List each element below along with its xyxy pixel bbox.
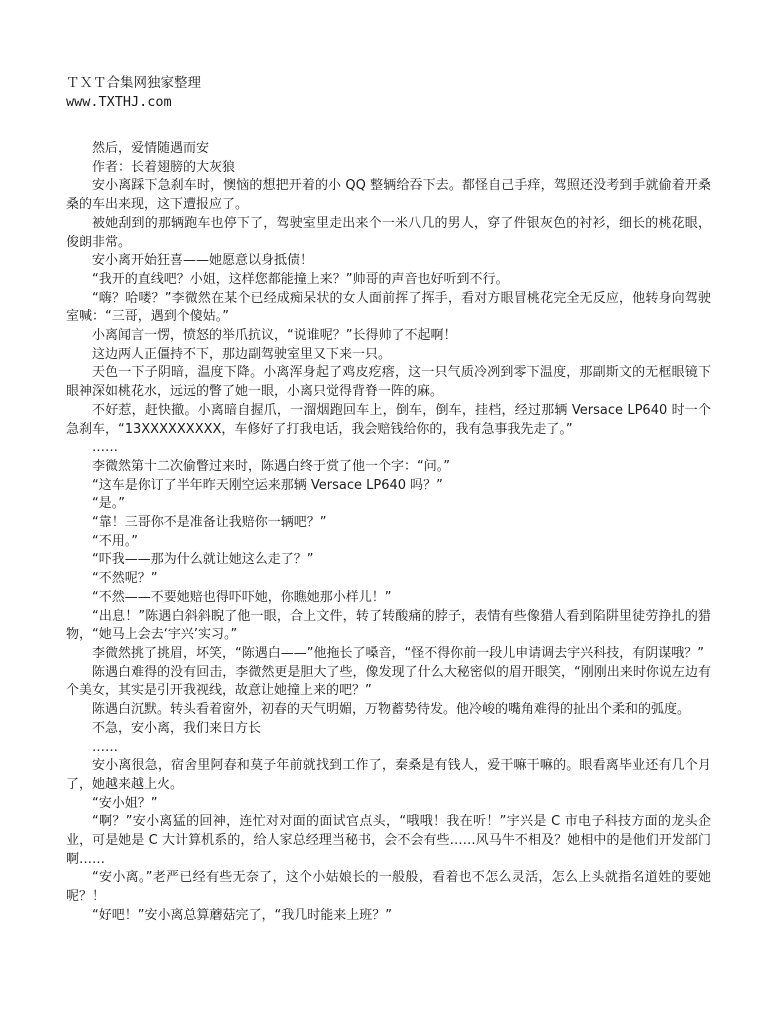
paragraph: “是。” [66,495,711,514]
paragraph: “靠！三哥你不是准备让我赔你一辆吧？” [66,514,711,533]
paragraph: 不好惹，赶快撤。小离暗自握爪，一溜烟跑回车上，倒车，倒车，挂档，经过那辆 Ver… [66,402,711,439]
paragraph: 陈遇白难得的没有回击，李微然更是胆大了些，像发现了什么大秘密似的眉开眼笑，“刚刚… [66,664,711,701]
paragraph: 安小离踩下急刹车时，懊恼的想把开着的小 QQ 整辆给吞下去。都怪自己手痒，驾照还… [66,177,711,214]
paragraph: “不然呢？” [66,570,711,589]
paragraph: “吓我——那为什么就让她这么走了？” [66,551,711,570]
body-text: 安小离踩下急刹车时，懊恼的想把开着的小 QQ 整辆给吞下去。都怪自己手痒，驾照还… [66,177,711,925]
paragraph: 安小离开始狂喜——她愿意以身抵债！ [66,252,711,271]
paragraph: …… [66,739,711,758]
paragraph: “好吧！”安小离总算蘑菇完了，“我几时能来上班？” [66,907,711,926]
paragraph: 不急，安小离，我们来日方长 [66,720,711,739]
paragraph: “安小姐？” [66,795,711,814]
paragraph: 李微然挑了挑眉，坏笑，“陈遇白——”他拖长了嗓音，“怪不得你前一段儿申请调去宇兴… [66,645,711,664]
paragraph: 被她刮到的那辆跑车也停下了，驾驶室里走出来个一米八几的男人，穿了件银灰色的衬衫，… [66,215,711,252]
page-header: ＴＸＴ合集网独家整理 www.TXTHJ.com [66,74,711,112]
site-url: www.TXTHJ.com [66,93,711,112]
paragraph: “安小离。”老严已经有些无奈了，这个小姑娘长的一般般，看着也不怎么灵活，怎么上头… [66,869,711,906]
paragraph: “不用。” [66,533,711,552]
paragraph: “我开的直线吧？小姐，这样您都能撞上来？”帅哥的声音也好听到不行。 [66,271,711,290]
paragraph: 天色一下子阴暗，温度下降。小离浑身起了鸡皮疙瘩，这一只气质冷冽到零下温度，那副斯… [66,364,711,401]
book-author: 作者：长着翅膀的大灰狼 [66,159,711,178]
paragraph: 这边两人正僵持不下，那边副驾驶室里又下来一只。 [66,346,711,365]
paragraph: 小离闻言一愣，愤怒的举爪抗议，“说谁呢？”长得帅了不起啊！ [66,327,711,346]
site-name: ＴＸＴ合集网独家整理 [66,74,711,93]
header-gap [66,112,711,140]
paragraph: “出息！”陈遇白斜斜睨了他一眼，合上文件，转了转酸痛的脖子，表情有些像猎人看到陷… [66,608,711,645]
paragraph: “啊？”安小离猛的回神，连忙对对面的面试官点头，“哦哦！我在听！”宇兴是 C 市… [66,813,711,869]
paragraph: 陈遇白沉默。转头看着窗外，初春的天气明媚，万物蓄势待发。他冷峻的嘴角难得的扯出个… [66,701,711,720]
paragraph: 李微然第十二次偷瞥过来时，陈遇白终于赏了他一个字：“问。” [66,458,711,477]
paragraph: “不然——不要她赔也得吓吓她，你瞧她那小样儿！” [66,589,711,608]
paragraph: “这车是你订了半年昨天刚空运来那辆 Versace LP640 吗？” [66,477,711,496]
paragraph: …… [66,439,711,458]
paragraph: 安小离很急，宿舍里阿春和莫子年前就找到工作了，秦桑是有钱人，爱干嘛干嘛的。眼看离… [66,757,711,794]
document-page: ＴＸＴ合集网独家整理 www.TXTHJ.com 然后，爱情随遇而安 作者：长着… [66,74,711,926]
book-title: 然后，爱情随遇而安 [66,140,711,159]
paragraph: “嗨？哈喽？”李微然在某个已经成痴呆状的女人面前挥了挥手，看对方眼冒桃花完全无反… [66,290,711,327]
